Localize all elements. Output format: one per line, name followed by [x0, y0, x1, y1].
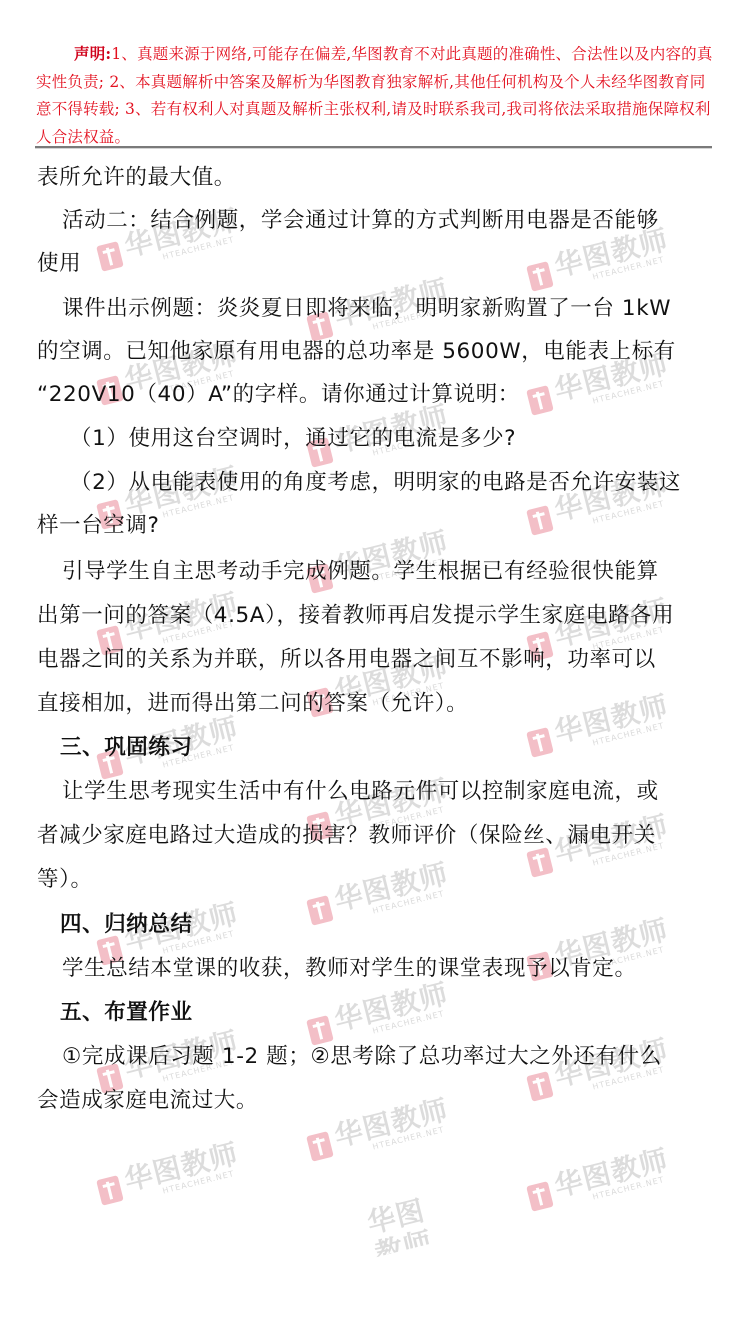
- document-page: 声明:1、真题来源于网络,可能存在偏差,华图教育不对此真题的准确性、合法性以及内…: [0, 0, 748, 1335]
- question-1: （1）使用这台空调时，通过它的电流是多少?: [70, 424, 748, 454]
- huatu-logo-icon: [526, 1181, 554, 1212]
- body-line: 表所允许的最大值。: [37, 163, 727, 193]
- body-line: 的空调。已知他家原有用电器的总功率是 5600W，电能表上标有: [37, 337, 727, 367]
- header-divider: [35, 146, 712, 148]
- example-line: 课件出示例题：炎炎夏日即将来临，明明家新购置了一台 1kW: [62, 294, 748, 324]
- activity-two-line: 活动二：结合例题，学会通过计算的方式判断用电器是否能够: [62, 206, 748, 236]
- body-line: 会造成家庭电流过大。: [37, 1086, 727, 1116]
- section-heading-5: 五、布置作业: [60, 998, 748, 1028]
- body-line: 等）。: [37, 865, 727, 895]
- guide-line: 引导学生自主思考动手完成例题。学生根据已有经验很快能算: [62, 557, 748, 587]
- body-line: 者减少家庭电路过大造成的损害？教师评价（保险丝、漏电开关: [37, 821, 727, 851]
- section-heading-3: 三、巩固练习: [60, 733, 748, 763]
- body-line: 直接相加，进而得出第二问的答案（允许）。: [37, 689, 727, 719]
- question-2: （2）从电能表使用的角度考虑，明明家的电路是否允许安装这: [70, 468, 748, 498]
- body-line: “220V10（40）A”的字样。请你通过计算说明：: [37, 380, 727, 410]
- body-line: 出第一问的答案（4.5A），接着教师再启发提示学生家庭电路各用: [37, 601, 727, 631]
- huatu-logo-icon: [96, 1175, 124, 1206]
- summary-line: 学生总结本堂课的收获，教师对学生的课堂表现予以肯定。: [62, 954, 748, 984]
- watermark-partial: 华图教师: [364, 1187, 454, 1257]
- watermark: 华图教师HTEACHER.NET: [524, 1136, 702, 1228]
- body-line: 使用: [37, 249, 727, 279]
- homework-line: ①完成课后习题 1-2 题；②思考除了总功率过大之外还有什么: [62, 1042, 748, 1072]
- disclaimer-label: 声明:: [74, 44, 111, 63]
- body-line: 样一台空调?: [37, 511, 727, 541]
- disclaimer: 声明:1、真题来源于网络,可能存在偏差,华图教育不对此真题的准确性、合法性以及内…: [36, 40, 716, 151]
- huatu-logo-icon: [306, 1131, 334, 1162]
- disclaimer-text: 1、真题来源于网络,可能存在偏差,华图教育不对此真题的准确性、合法性以及内容的真…: [36, 45, 713, 146]
- practice-line: 让学生思考现实生活中有什么电路元件可以控制家庭电流，或: [62, 777, 748, 807]
- body-line: 电器之间的关系为并联，所以各用电器之间互不影响，功率可以: [37, 645, 727, 675]
- watermark: 华图教师HTEACHER.NET: [94, 1130, 272, 1222]
- section-heading-4: 四、归纳总结: [60, 910, 748, 940]
